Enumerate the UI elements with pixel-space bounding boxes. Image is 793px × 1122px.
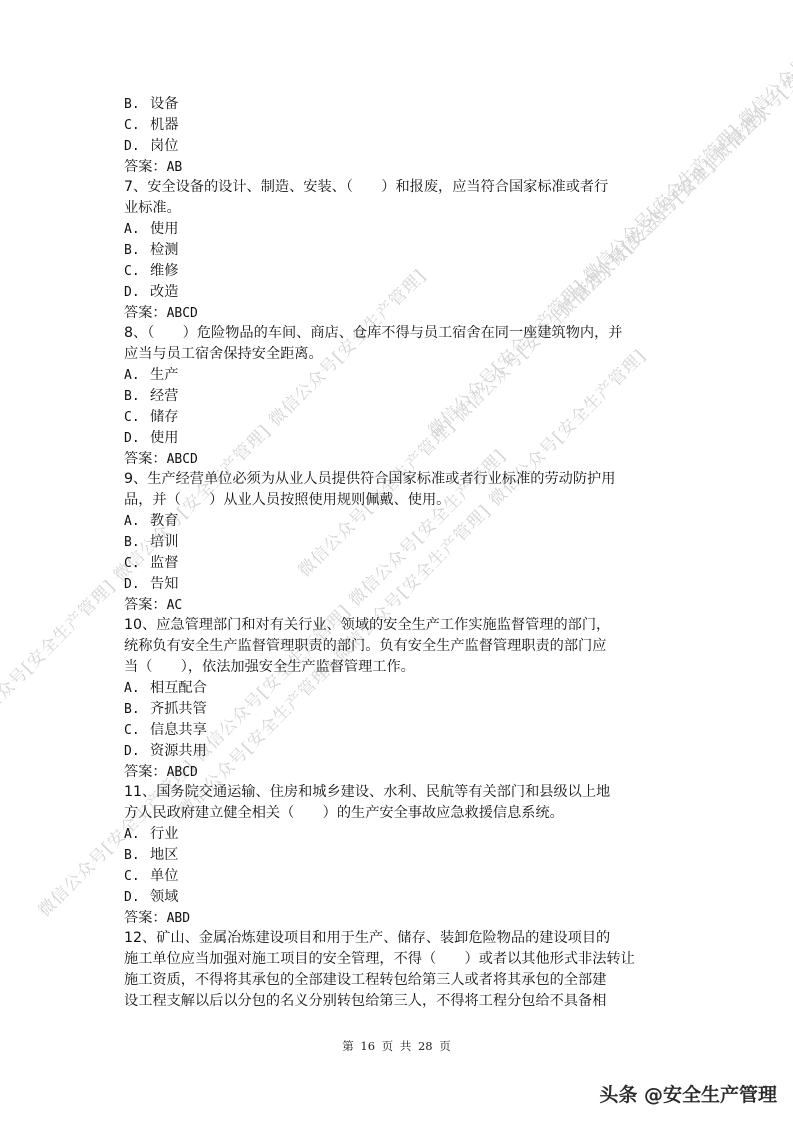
answer-value: AB	[167, 160, 183, 175]
option-letter: A.	[124, 220, 150, 241]
answer-option: A.生产	[124, 365, 684, 386]
answer-option: B.经营	[124, 386, 684, 407]
option-text: 齐抓共管	[150, 701, 207, 717]
answer-option: C.单位	[124, 866, 684, 887]
option-text: 单位	[150, 868, 178, 884]
option-letter: D.	[124, 283, 150, 304]
option-text: 生产	[150, 367, 178, 383]
answer-option: B.齐抓共管	[124, 699, 684, 720]
answer-value: ABD	[167, 911, 190, 926]
answer-label: 答案：	[124, 910, 167, 926]
question-text: 方人民政府建立健全相关（ ）的生产安全事故应急救援信息系统。	[124, 803, 684, 824]
question-text: 品，并（ ）从业人员按照使用规则佩戴、使用。	[124, 490, 684, 511]
option-text: 资源共用	[150, 743, 207, 759]
option-letter: B.	[124, 533, 150, 554]
answer-option: B.地区	[124, 845, 684, 866]
option-letter: A.	[124, 366, 150, 387]
answer-key: 答案：AC	[124, 595, 684, 616]
answer-value: ABCD	[167, 452, 198, 467]
answer-key: 答案：ABCD	[124, 303, 684, 324]
option-letter: D.	[124, 888, 150, 909]
question-text: 9、生产经营单位必须为从业人员提供符合国家标准或者行业标准的劳动防护用	[124, 469, 684, 490]
question-text: 12、矿山、金属冶炼建设项目和用于生产、储存、装卸危险物品的建设项目的	[124, 928, 684, 949]
answer-label: 答案：	[124, 597, 167, 613]
document-page: 微信公众号[安全生产管理] 微信公众号[安全生产管理] 微信公众号[安全生产管理…	[0, 0, 793, 1122]
question-text: 当（ ），依法加强安全生产监督管理工作。	[124, 657, 684, 678]
answer-option: D.使用	[124, 428, 684, 449]
option-letter: D.	[124, 137, 150, 158]
answer-value: ABCD	[167, 765, 198, 780]
answer-option: D.告知	[124, 574, 684, 595]
answer-label: 答案：	[124, 451, 167, 467]
option-letter: D.	[124, 575, 150, 596]
answer-label: 答案：	[124, 159, 167, 175]
answer-option: C.信息共享	[124, 720, 684, 741]
question-text: 设工程支解以后以分包的名义分别转包给第三人，不得将工程分包给不具备相	[124, 991, 684, 1012]
answer-option: A.相互配合	[124, 678, 684, 699]
answer-value: AC	[167, 598, 183, 613]
option-letter: C.	[124, 116, 150, 137]
question-text: 8、（ ）危险物品的车间、商店、仓库不得与员工宿舍在同一座建筑物内，并	[124, 323, 684, 344]
answer-option: A.教育	[124, 511, 684, 532]
exam-content: B.设备C.机器D.岗位答案：AB7、安全设备的设计、制造、安装、（ ）和报废，…	[124, 94, 684, 1012]
option-letter: C.	[124, 408, 150, 429]
option-letter: C.	[124, 721, 150, 742]
option-letter: D.	[124, 429, 150, 450]
option-letter: B.	[124, 387, 150, 408]
question-text: 施工单位应当加强对施工项目的安全管理，不得（ ）或者以其他形式非法转让	[124, 949, 684, 970]
option-letter: B.	[124, 700, 150, 721]
answer-key: 答案：ABCD	[124, 762, 684, 783]
answer-option: D.领域	[124, 887, 684, 908]
option-letter: A.	[124, 512, 150, 533]
page-number: 第 16 页 共 28 页	[0, 1038, 793, 1054]
answer-key: 答案：ABD	[124, 908, 684, 929]
option-text: 信息共享	[150, 722, 207, 738]
source-brand-label: 头条 @安全生产管理	[599, 1080, 777, 1107]
question-text: 应当与员工宿舍保持安全距离。	[124, 344, 684, 365]
option-text: 经营	[150, 388, 178, 404]
option-letter: C.	[124, 554, 150, 575]
option-text: 设备	[150, 96, 178, 112]
option-text: 行业	[150, 826, 178, 842]
answer-key: 答案：ABCD	[124, 449, 684, 470]
option-letter: C.	[124, 867, 150, 888]
answer-option: D.改造	[124, 282, 684, 303]
option-letter: C.	[124, 262, 150, 283]
option-text: 使用	[150, 221, 178, 237]
option-text: 改造	[150, 284, 178, 300]
option-text: 机器	[150, 117, 178, 133]
option-text: 告知	[150, 576, 178, 592]
answer-value: ABCD	[167, 306, 198, 321]
answer-key: 答案：AB	[124, 157, 684, 178]
option-text: 领域	[150, 889, 178, 905]
answer-option: C.监督	[124, 553, 684, 574]
answer-option: C.维修	[124, 261, 684, 282]
option-letter: B.	[124, 95, 150, 116]
answer-option: B.培训	[124, 532, 684, 553]
option-text: 岗位	[150, 138, 178, 154]
option-letter: B.	[124, 846, 150, 867]
option-letter: A.	[124, 679, 150, 700]
question-text: 11、国务院交通运输、住房和城乡建设、水利、民航等有关部门和县级以上地	[124, 782, 684, 803]
option-text: 检测	[150, 242, 178, 258]
answer-option: C.储存	[124, 407, 684, 428]
option-text: 地区	[150, 847, 178, 863]
question-text: 业标准。	[124, 198, 684, 219]
answer-option: A.行业	[124, 824, 684, 845]
option-text: 教育	[150, 513, 178, 529]
option-text: 相互配合	[150, 680, 207, 696]
option-letter: B.	[124, 241, 150, 262]
answer-option: C.机器	[124, 115, 684, 136]
answer-label: 答案：	[124, 305, 167, 321]
question-text: 施工资质，不得将其承包的全部建设工程转包给第三人或者将其承包的全部建	[124, 970, 684, 991]
option-letter: D.	[124, 742, 150, 763]
option-letter: A.	[124, 825, 150, 846]
option-text: 储存	[150, 409, 178, 425]
question-text: 统称负有安全生产监督管理职责的部门。负有安全生产监督管理职责的部门应	[124, 636, 684, 657]
question-text: 7、安全设备的设计、制造、安装、（ ）和报废，应当符合国家标准或者行	[124, 177, 684, 198]
option-text: 使用	[150, 430, 178, 446]
answer-label: 答案：	[124, 764, 167, 780]
answer-option: B.设备	[124, 94, 684, 115]
option-text: 监督	[150, 555, 178, 571]
answer-option: B.检测	[124, 240, 684, 261]
answer-option: A.使用	[124, 219, 684, 240]
question-text: 10、应急管理部门和对有关行业、领域的安全生产工作实施监督管理的部门，	[124, 615, 684, 636]
option-text: 培训	[150, 534, 178, 550]
option-text: 维修	[150, 263, 178, 279]
answer-option: D.资源共用	[124, 741, 684, 762]
answer-option: D.岗位	[124, 136, 684, 157]
